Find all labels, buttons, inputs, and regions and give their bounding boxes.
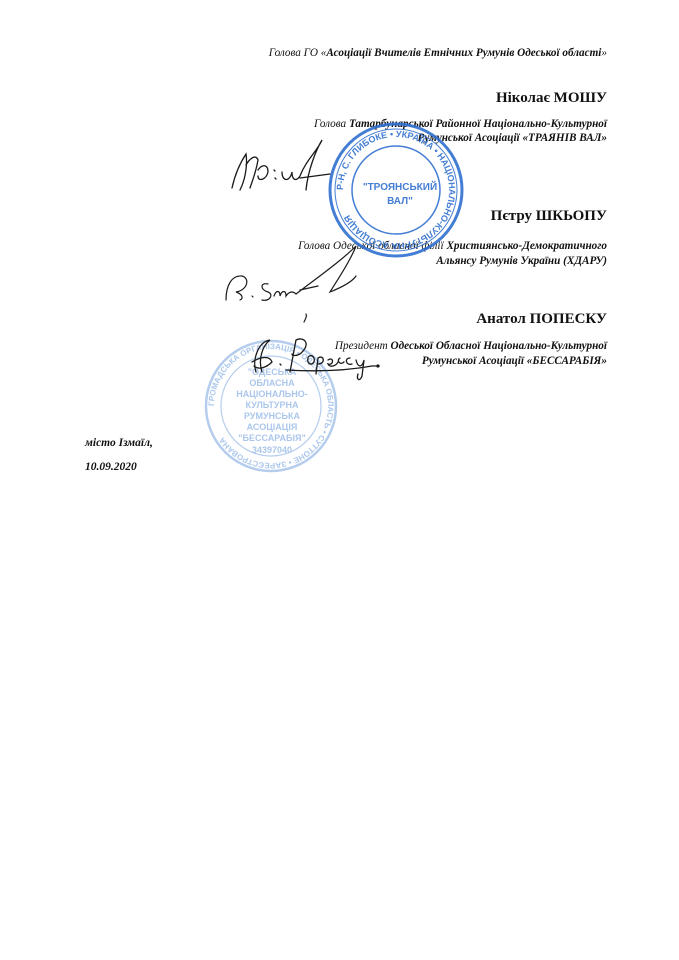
signatory-1-name: Ніколає МОШУ — [496, 90, 607, 107]
round-stamp-icon: ГРОМАДСЬКА ОРГАНІЗАЦІЯ • ОДЕСЬКА ОБЛАСТЬ… — [206, 341, 336, 471]
stamp-1-ring-text: Р-Н, С. ГЛИБОКЕ • УКРАЇНА • НАЦІОНАЛЬНО-… — [335, 129, 457, 251]
stamp-2-ring-text: ГРОМАДСЬКА ОРГАНІЗАЦІЯ • ОДЕСЬКА ОБЛАСТЬ… — [207, 342, 335, 470]
place: місто Ізмаїл, — [85, 437, 153, 449]
stamp-1-center-line-1: "ТРОЯНСЬКИЙ — [363, 180, 437, 193]
stamp-2-line-5: РУМУНСЬКА — [244, 411, 301, 421]
signatory-3-title-line-1: Президент Одеської Обласної Національно-… — [335, 339, 607, 353]
signatory-1-title-line-2: Румунської Асоціації «ТРАЯНІВ ВАЛ» — [418, 131, 607, 145]
signatory-2-title-line-2: Альянсу Румунів України (ХДАРУ) — [436, 254, 607, 268]
stamp-1-center-line-2: ВАЛ" — [387, 196, 413, 207]
svg-text:Р-Н, С. ГЛИБОКЕ • УКРАЇНА • НА: Р-Н, С. ГЛИБОКЕ • УКРАЇНА • НАЦІОНАЛЬНО-… — [335, 129, 457, 251]
date: 10.09.2020 — [85, 461, 137, 473]
stamp-2-line-1: "ОДЕСЬКА — [248, 367, 297, 377]
signatory-3-name: Анатол ПОПЕСКУ — [476, 311, 607, 328]
signatory-1-title-line-1: Голова Татарбунарської Районної Націонал… — [314, 117, 607, 131]
stamp-2-line-4: КУЛЬТУРНА — [246, 400, 299, 410]
stamp-2-line-7: "БЕССАРАБІЯ" — [238, 433, 305, 443]
signature-1-icon — [232, 140, 330, 190]
signatory-2-name: Пєтру ШКЬОПУ — [491, 208, 607, 225]
signatory-2-title-line-1: Голова Одеської обласної філії Християнс… — [298, 239, 607, 253]
header-prefix: Голова ГО « — [269, 47, 327, 59]
document-header: Голова ГО «Асоціації Вчителів Етнічних Р… — [269, 46, 607, 60]
header-organization: Асоціації Вчителів Етнічних Румунів Одес… — [326, 47, 601, 59]
signature-2-icon — [226, 246, 356, 322]
svg-text:ГРОМАДСЬКА ОРГАНІЗАЦІЯ • ОДЕСЬ: ГРОМАДСЬКА ОРГАНІЗАЦІЯ • ОДЕСЬКА ОБЛАСТЬ… — [207, 342, 335, 470]
stamp-2-line-3: НАЦІОНАЛЬНО- — [236, 389, 307, 399]
stamp-2-line-6: АСОЦІАЦІЯ — [247, 422, 298, 432]
stamp-2-line-8: 34397040 — [252, 445, 292, 455]
header-suffix: » — [601, 47, 607, 59]
signatory-3-title-line-2: Румунської Асоціації «БЕССАРАБІЯ» — [422, 354, 607, 368]
stamp-2-line-2: ОБЛАСНА — [249, 378, 295, 388]
